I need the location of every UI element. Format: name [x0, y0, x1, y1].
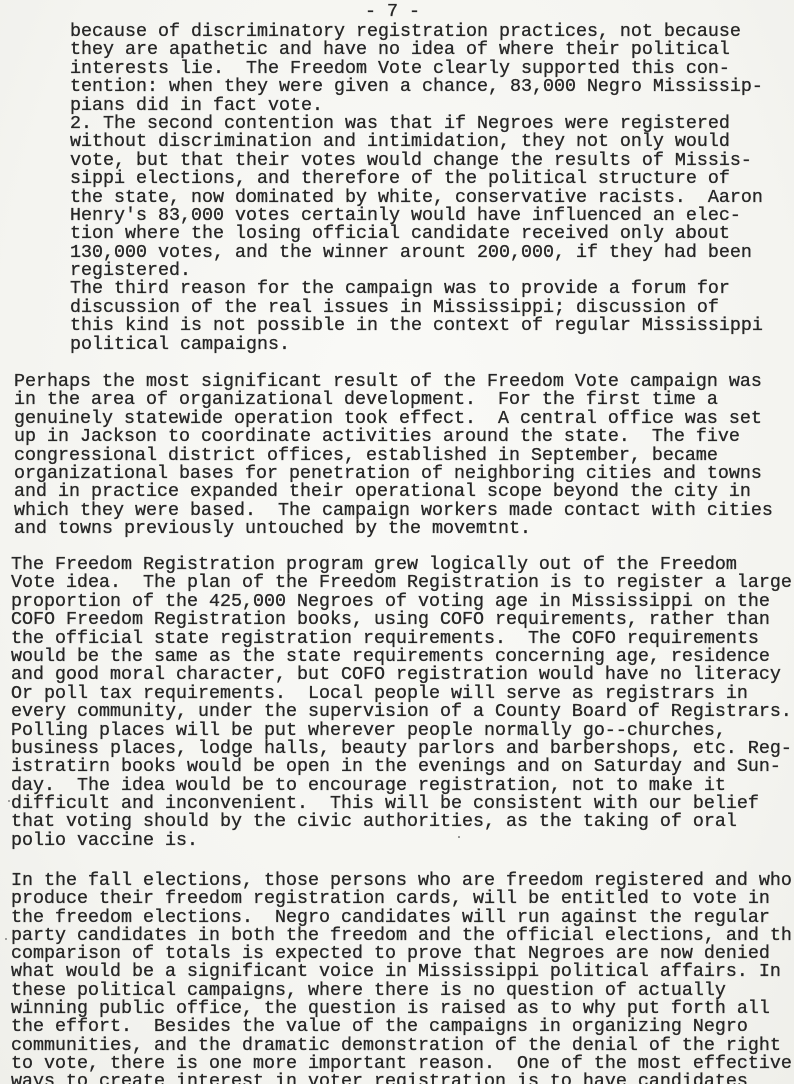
text-line: every community, under the supervision o… — [11, 703, 792, 721]
paragraph-organizational-development: Perhaps the most significant result of t… — [14, 373, 773, 539]
text-line: tention: when they were given a chance, … — [70, 78, 763, 96]
text-line: ways to create interest in voter registr… — [11, 1073, 792, 1084]
text-line: this kind is not possible in the context… — [70, 317, 763, 335]
text-line: polio vaccine is. — [11, 832, 792, 850]
scan-speck — [5, 938, 7, 940]
text-line: tion where the losing official candidate… — [70, 225, 763, 243]
text-line: COFO Freedom Registration books, using C… — [11, 611, 792, 629]
page-number: - 7 - — [365, 3, 420, 21]
typewritten-page: - 7 - because of discriminatory registra… — [0, 0, 794, 1084]
text-line: and in practice expanded their operation… — [14, 483, 773, 501]
text-line: sippi elections, and therefore of the po… — [70, 170, 763, 188]
text-line: and good moral character, but COFO regis… — [11, 666, 792, 684]
text-line: political campaigns. — [70, 336, 763, 354]
paragraph-freedom-registration-program: The Freedom Registration program grew lo… — [11, 556, 792, 850]
paragraph-freedom-vote-contentions: because of discriminatory registration p… — [70, 23, 763, 354]
text-line: istratirn books would be open in the eve… — [11, 758, 792, 776]
paragraph-fall-elections: In the fall elections, those persons who… — [11, 872, 792, 1084]
scan-speck — [458, 836, 460, 838]
text-line: up in Jackson to coordinate activities a… — [14, 428, 773, 446]
text-line: and towns previously untouched by the mo… — [14, 520, 773, 538]
scan-speck — [8, 800, 10, 802]
text-line: produce their freedom registration cards… — [11, 890, 792, 908]
text-line: without discrimination and intimidation,… — [70, 133, 763, 151]
text-line: the effort. Besides the value of the cam… — [11, 1018, 792, 1036]
